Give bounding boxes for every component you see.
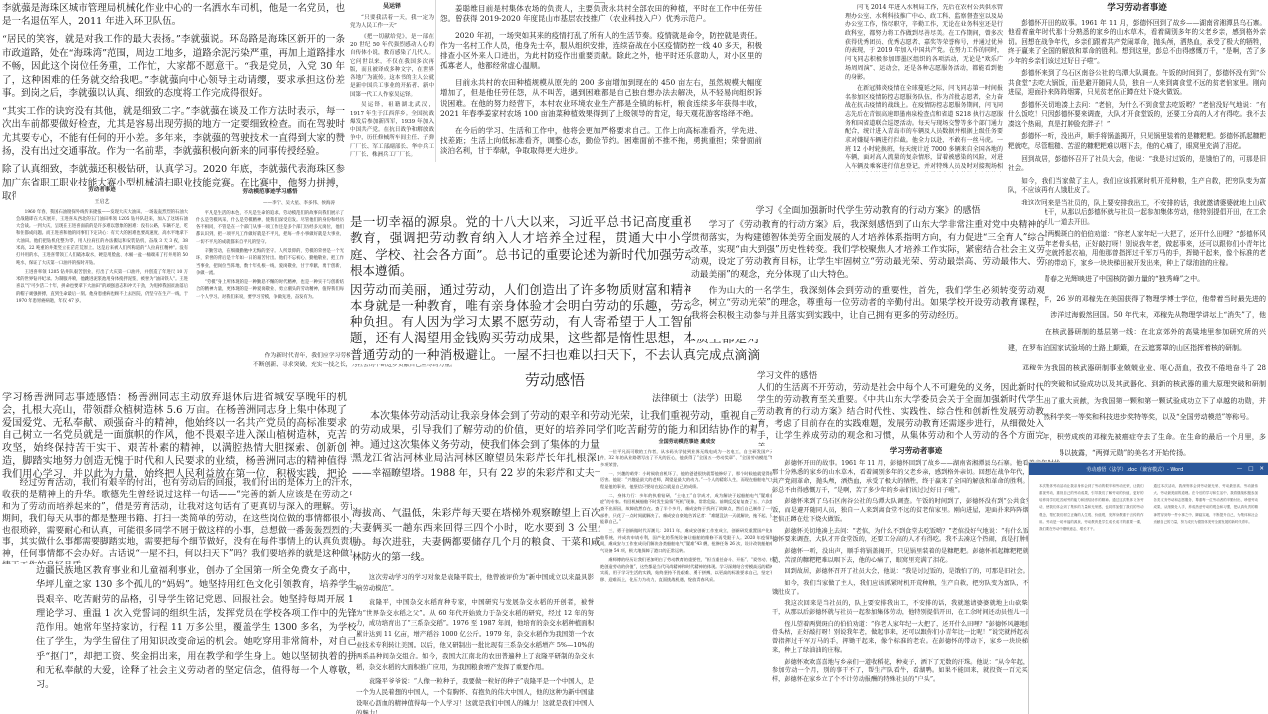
paragraph: “其实工作的诀窍没有其他，就是细致二字。”李就蔃在谈及工作方法时表示，每一次出车… — [2, 105, 345, 159]
paragraph: 如今，我们当家做了主人，我们应该抓紧时机开荒种粮，生产自救，把穷队变为富队，不应… — [772, 580, 1060, 598]
mini-word-window: 劳动感悟（法学）.doc（兼容模式）- Word — □ ✕ 本次集体劳动活动让… — [1028, 462, 1268, 714]
document-title: 吴运铎 — [350, 2, 434, 11]
doc-yu-chengan: 全国劳动模范事迹 虞成安 一位平凡而可敬的工作者，从水码头学徒到业界无线电成为一… — [600, 438, 774, 714]
paragraph: 边疆民族地区教育事业和儿童福利事业，创办了全国第一所全免费女子高中，是华坪儿童之… — [36, 564, 366, 692]
mini-window-page-right: 通过本次活动，我深刻体会到劳动最光荣、劳动最崇高、劳动最伟大、劳动最美丽的道理。… — [1154, 483, 1259, 533]
paragraph: 《把一切献给党》，是一部在 20 世纪 50 年代强烈感动人心的自传体小说，教育… — [350, 33, 434, 99]
mini-window-titlebar[interactable]: 劳动感悟（法学）.doc（兼容模式）- Word — □ ✕ — [1029, 463, 1268, 475]
paragraph: 彭德怀来到了乌石区南谷公社的乌潭大队调查。午饭的时间到了，彭德怀没有到“公共食堂… — [1008, 69, 1266, 98]
document-byline: 法律硕士（法学）田聪 — [350, 393, 760, 406]
doc-border-educator: 边疆民族地区教育事业和儿童福利事业，创办了全国第一所全免费女子高中，是华坪儿童之… — [36, 564, 366, 712]
paragraph: 人们的生活离不开劳动，劳动是社会中每个人不可避免的义务，因此新时代学生的劳动教育… — [757, 382, 1044, 446]
paragraph: 回到故居，彭德怀召开了社员大会，他说：“我是讨过饭的，是饿怕了的，可那是旧社会。 — [1008, 155, 1266, 174]
paragraph: 虞师傅的经历让我们更加明白了劳动教育的重要性，“担当重任奋斗、开拓”、“爱劳动、… — [600, 557, 774, 584]
paragraph: “只要我活着一天，我一定为党为人民工作一天” — [350, 14, 434, 31]
paragraph: 彭德怀关切地凑上去问：“老倌，为什么不到食堂去吃饭哟？”老倌没好气地说：“有什么… — [772, 528, 1060, 546]
paragraph: 1960 年春，我国石油勘探外线传来捷报——发现大庆大油田。一场轰轰烈烈的石油大… — [16, 209, 188, 267]
paragraph: 彭德怀开田的故事。1961 年 11 月，彭德怀回到了故乡——湖南省湘潭县乌石寨… — [772, 460, 1060, 495]
paragraph: “劳模”身上所体现的是一种勤恳不懈的时代精神，也是一种实干与创新结合的精神力量，… — [196, 279, 344, 301]
minimize-button[interactable]: — — [1237, 466, 1243, 472]
doc-file-reflection: 学习文件的感悟 人们的生活离不开劳动，劳动是社会中每个人不可避免的义务，因此新时… — [757, 370, 1044, 446]
paragraph: 1950 年，26 岁的邓稼先在美国获得了物理学博士学位，他带着当时最先进的物理… — [1008, 291, 1266, 357]
document-title: 学习劳动者事迹 — [772, 446, 1060, 457]
paragraph: 李就蔃是海珠区城市管理局机械化作业中心的一名洒水车司机，他是一名党员，也是一名退… — [2, 2, 345, 29]
doc-yuan-longping: 这次劳动学习的学习对象是袁隆平院士，他曾被评价为“新中国成立以来最具影响劳动模范… — [356, 572, 594, 714]
paragraph: 彭德怀来到了乌石区南谷公社的乌潭大队调查。午饭的时间到了，彭德怀没有到“公共食堂… — [772, 498, 1060, 524]
doc-peng-dehuai-2: 学习劳动者事迹 彭德怀开田的故事。1961 年 11 月，彭德怀回到了故乡——湖… — [772, 446, 1060, 714]
document-title: 劳动模范事迹学习感悟 — [196, 188, 344, 197]
document-byline: 王启艺 — [16, 198, 188, 207]
doc-wang-jinxi: 劳动者事迹 王启艺 1960 年春，我国石油勘探外线传来捷报——发现大庆大油田。… — [16, 186, 188, 374]
paragraph: 我这次回来是当社员的，队上要安排我出工，不安排的话，我就邀请婆婆就地上山砍柴去。… — [1008, 199, 1266, 228]
document-title: 劳动感悟 — [350, 370, 760, 392]
doc-wu-yunduo: 吴运铎 “只要我活着一天，我一定为党为人民工作一天” 《把一切献给党》，是一部在… — [350, 2, 434, 162]
doc-labor-model-reflection: 劳动模范事迹学习感悟 ——李宁、吴大星、李多伟、侯海涛 平凡是生活的本色，不凡是… — [196, 188, 344, 356]
document-title: 学习《全面加强新时代学生劳动教育的行动方案》的感悟 — [691, 205, 1045, 218]
document-byline: ——李宁、吴大星、李多伟、侯海涛 — [196, 200, 344, 208]
paragraph: 袁隆平爷爷说：“人像一粒种子，我要做一粒好的种子”袁隆平是一个中国人，是一个为人… — [356, 676, 594, 714]
paragraph: 侄儿望着两鬓斑白的伯伯劝道：“你老人家年纪一大把了，还开什么田哩？”彭德怀风趣地… — [1008, 230, 1266, 268]
doc-peng-dehuai-1: 学习劳动者事迹 彭德怀开田的故事。1961 年 11 月，彭德怀回到了故乡——湖… — [1008, 2, 1266, 460]
doc-shandong-univ-plan-reflection: 学习《全面加强新时代学生劳动教育的行动方案》的感悟 学习了《劳动教育的行动方案》… — [691, 205, 1045, 339]
paragraph: 在新冠肺炎疫情在全球蔓延之际，闫飞同志第一时间报名参加区疫情防控志愿服务队伍，作… — [845, 85, 1003, 172]
doc-jiang-congwei: 姜聪维目前是村集体农场的负责人，主要负责永共村全部农田的种植，平时在工作中任劳任… — [440, 4, 762, 180]
paragraph: 学习了《劳动教育的行动方案》后，我深刻感悟到了山东大学非常注重对党中央精神的贯彻… — [691, 219, 1045, 281]
paragraph: 袁隆平，中国杂交水稻育种专家，中国研究与发展杂交水稻的开创者，被誉为“世界杂交水… — [356, 597, 594, 673]
document-title: 学习文件的感悟 — [757, 370, 1044, 382]
paragraph: 彭德怀一听，没出声，顺手将锅盖揭开，只见锅里装着的是糠粑粑。彭德怀抓起糠粑粑就吃… — [1008, 132, 1266, 151]
paragraph: 吴运铎，祖籍湖北武汉，1917 年生于江西萍乡。全国抗战爆发后参加新四军，193… — [350, 101, 434, 159]
paragraph: 彭德怀一听，没出声，顺手将锅盖揭开，只见锅里装着的是糠粑粑。彭德怀抓起糠粑粑就吃… — [772, 548, 1060, 566]
document-title: 劳动者事迹 — [16, 186, 188, 195]
document-collage: 山斗不大值国 李就蔃是海珠区城市管理局机械化作业中心的一名洒水车司机，他是一名党… — [0, 0, 1268, 714]
close-button[interactable]: ✕ — [1259, 466, 1264, 472]
page-edge-divider — [435, 0, 436, 162]
maximize-button[interactable]: □ — [1248, 466, 1253, 472]
paragraph: “居民的笑容，就是对我工作的最大表扬。”李就蔃说。环岛路是海珠区新开的一条市政道… — [2, 33, 345, 100]
doc-yang-shanzhou: 学习杨善洲同志事迹感悟：杨善洲同志主动放弃退休后进省城安享晚年的机会，扎根大亮山… — [2, 392, 347, 484]
paragraph: 邓稼先为我国的核武器研制事业兢兢业业、呕心沥血，孜孜不倦地奋斗了 28 年，从原… — [1008, 360, 1266, 426]
paragraph: 这次劳动学习的学习对象是袁隆平院士，他曾被评价为“新中国成立以来最具影响劳动模范… — [356, 572, 594, 594]
doc-labor-education-activity: 经过劳育活动，我们有艰辛的付出，也有劳动后的回报，我们付出的是体力上的汗水，收获… — [2, 478, 358, 564]
paragraph: 作为山大的一名学生，我深刻体会到劳动的重要性，首先，我们学生必须转变劳动观念，树… — [691, 285, 1045, 322]
paragraph: 二、身体力行：多年的执着钻研，“土电工”自学成才，成为解决于起船舶电气“疑难杂症… — [600, 493, 774, 527]
paragraph: 侄儿望着两鬓斑白的伯伯劝道：“你老人家年纪一大把了，还开什么田哩？”彭德怀风趣地… — [772, 621, 1060, 656]
paragraph: 如今，我们当家做了主人，我们应该抓紧时机开荒种粮，生产自救，把穷队变为富队，不应… — [1008, 177, 1266, 196]
paragraph: 2020 年初，一场突如其来的疫情打乱了所有人的生活节奏。疫情就是命令，防控就是… — [440, 31, 762, 72]
paragraph: 回到故居，彭德怀召开了社员大会，他说：“我是讨过饭的，是饿怕了的，可那是旧社会。 — [772, 568, 1060, 577]
paragraph: 彭德怀关切地凑上去问：“老倌，为什么不到食堂去吃饭哟？”老倌没好气地说：“有什么… — [1008, 101, 1266, 130]
paragraph: 姜聪维目前是村集体农场的负责人，主要负责永共村全部农田的种植，平时在工作中任劳任… — [440, 4, 762, 24]
mini-window-page-left: 本次集体劳动活动让我亲身体会到了劳动的艰辛和劳动光荣，让我们重视劳动，重视自己的… — [1039, 483, 1144, 533]
paragraph: 一位平凡而可敬的工作者，从水码头学徒到业界无线电成为一名电工，自主研发国产元件，… — [600, 449, 774, 469]
paragraph: 王进喜率领 1205 钻井队艰苦创业，打出了大庆第一口油井，并创造了年进尺 10… — [16, 269, 188, 305]
paragraph: 自己的青春之光辉映进了中国核防御力量的“独秀峰”之中。 — [1008, 271, 1266, 287]
paragraph: 经过劳育活动，我们有艰辛的付出，也有劳动后的回报，我们付出的是体力上的汗水，收获… — [2, 478, 358, 564]
paragraph: 辛勤劳动，在细微勤勉中无悔的坚守。人所景仰的，劳模的荣誉是一个光环，荣誉的背后是… — [196, 248, 344, 277]
paragraph: 目前永共村的农田种植规模从原先的 200 多亩增加到现在的 450 亩左右，虽然… — [440, 78, 762, 119]
paragraph: 我这次回来是当社员的，队上要安排我出工，不安排的话，我就邀请婆婆就地上山砍柴去。… — [772, 600, 1060, 618]
document-title: 全国劳动模范事迹 虞成安 — [600, 438, 774, 446]
paragraph: 在今后的学习、生活和工作中，他将会更加严格要求自己。工作上向高标准看齐，学先进、… — [440, 126, 762, 156]
paragraph: 三、勇于创新做时代弄潮儿：2011 年，虞成安创新工作室成立，创新研发重置国产化… — [600, 528, 774, 555]
doc-yan-fei: 闫飞 2014 年进入水利局工作，先后在农村公共供水管理办公室、水利科技推广中心… — [845, 4, 1003, 172]
doc-li-jiuqiang: 李就蔃是海珠区城市管理局机械化作业中心的一名洒水车司机，他是一名党员，也是一名退… — [2, 2, 345, 200]
document-title: 学习劳动者事迹 — [1008, 2, 1266, 14]
mini-window-title: 劳动感悟（法学）.doc（兼容模式）- Word — [1033, 466, 1237, 473]
paragraph: 彭德怀欢欢喜喜地与乡亲们一道收稻花，种麦子，洒下了无数的汗珠。他说：“从今年起，… — [772, 659, 1060, 685]
paragraph: 学习杨善洲同志事迹感悟：杨善洲同志主动放弃退休后进省城安享晚年的机会，扎根大亮山… — [2, 392, 347, 484]
paragraph: 平凡是生活的本色，不凡是生命的追求。劳动模范们的故事向我们展示了什么是劳模风采，… — [196, 210, 344, 246]
paragraph: 彭德怀开田的故事。1961 年 11 月，彭德怀回到了故乡——湖南省湘潭县乌石寨… — [1008, 19, 1266, 67]
paragraph: 一、兴趣的萌芽：小时候收音机坏了，他的爸爸很快就帮他修好了，那个时候他就觉得很厉… — [600, 471, 774, 491]
paragraph: 闫飞 2014 年进入水利局工作，先后在农村公共供水管理办公室、水利科技推广中心… — [845, 4, 1003, 82]
